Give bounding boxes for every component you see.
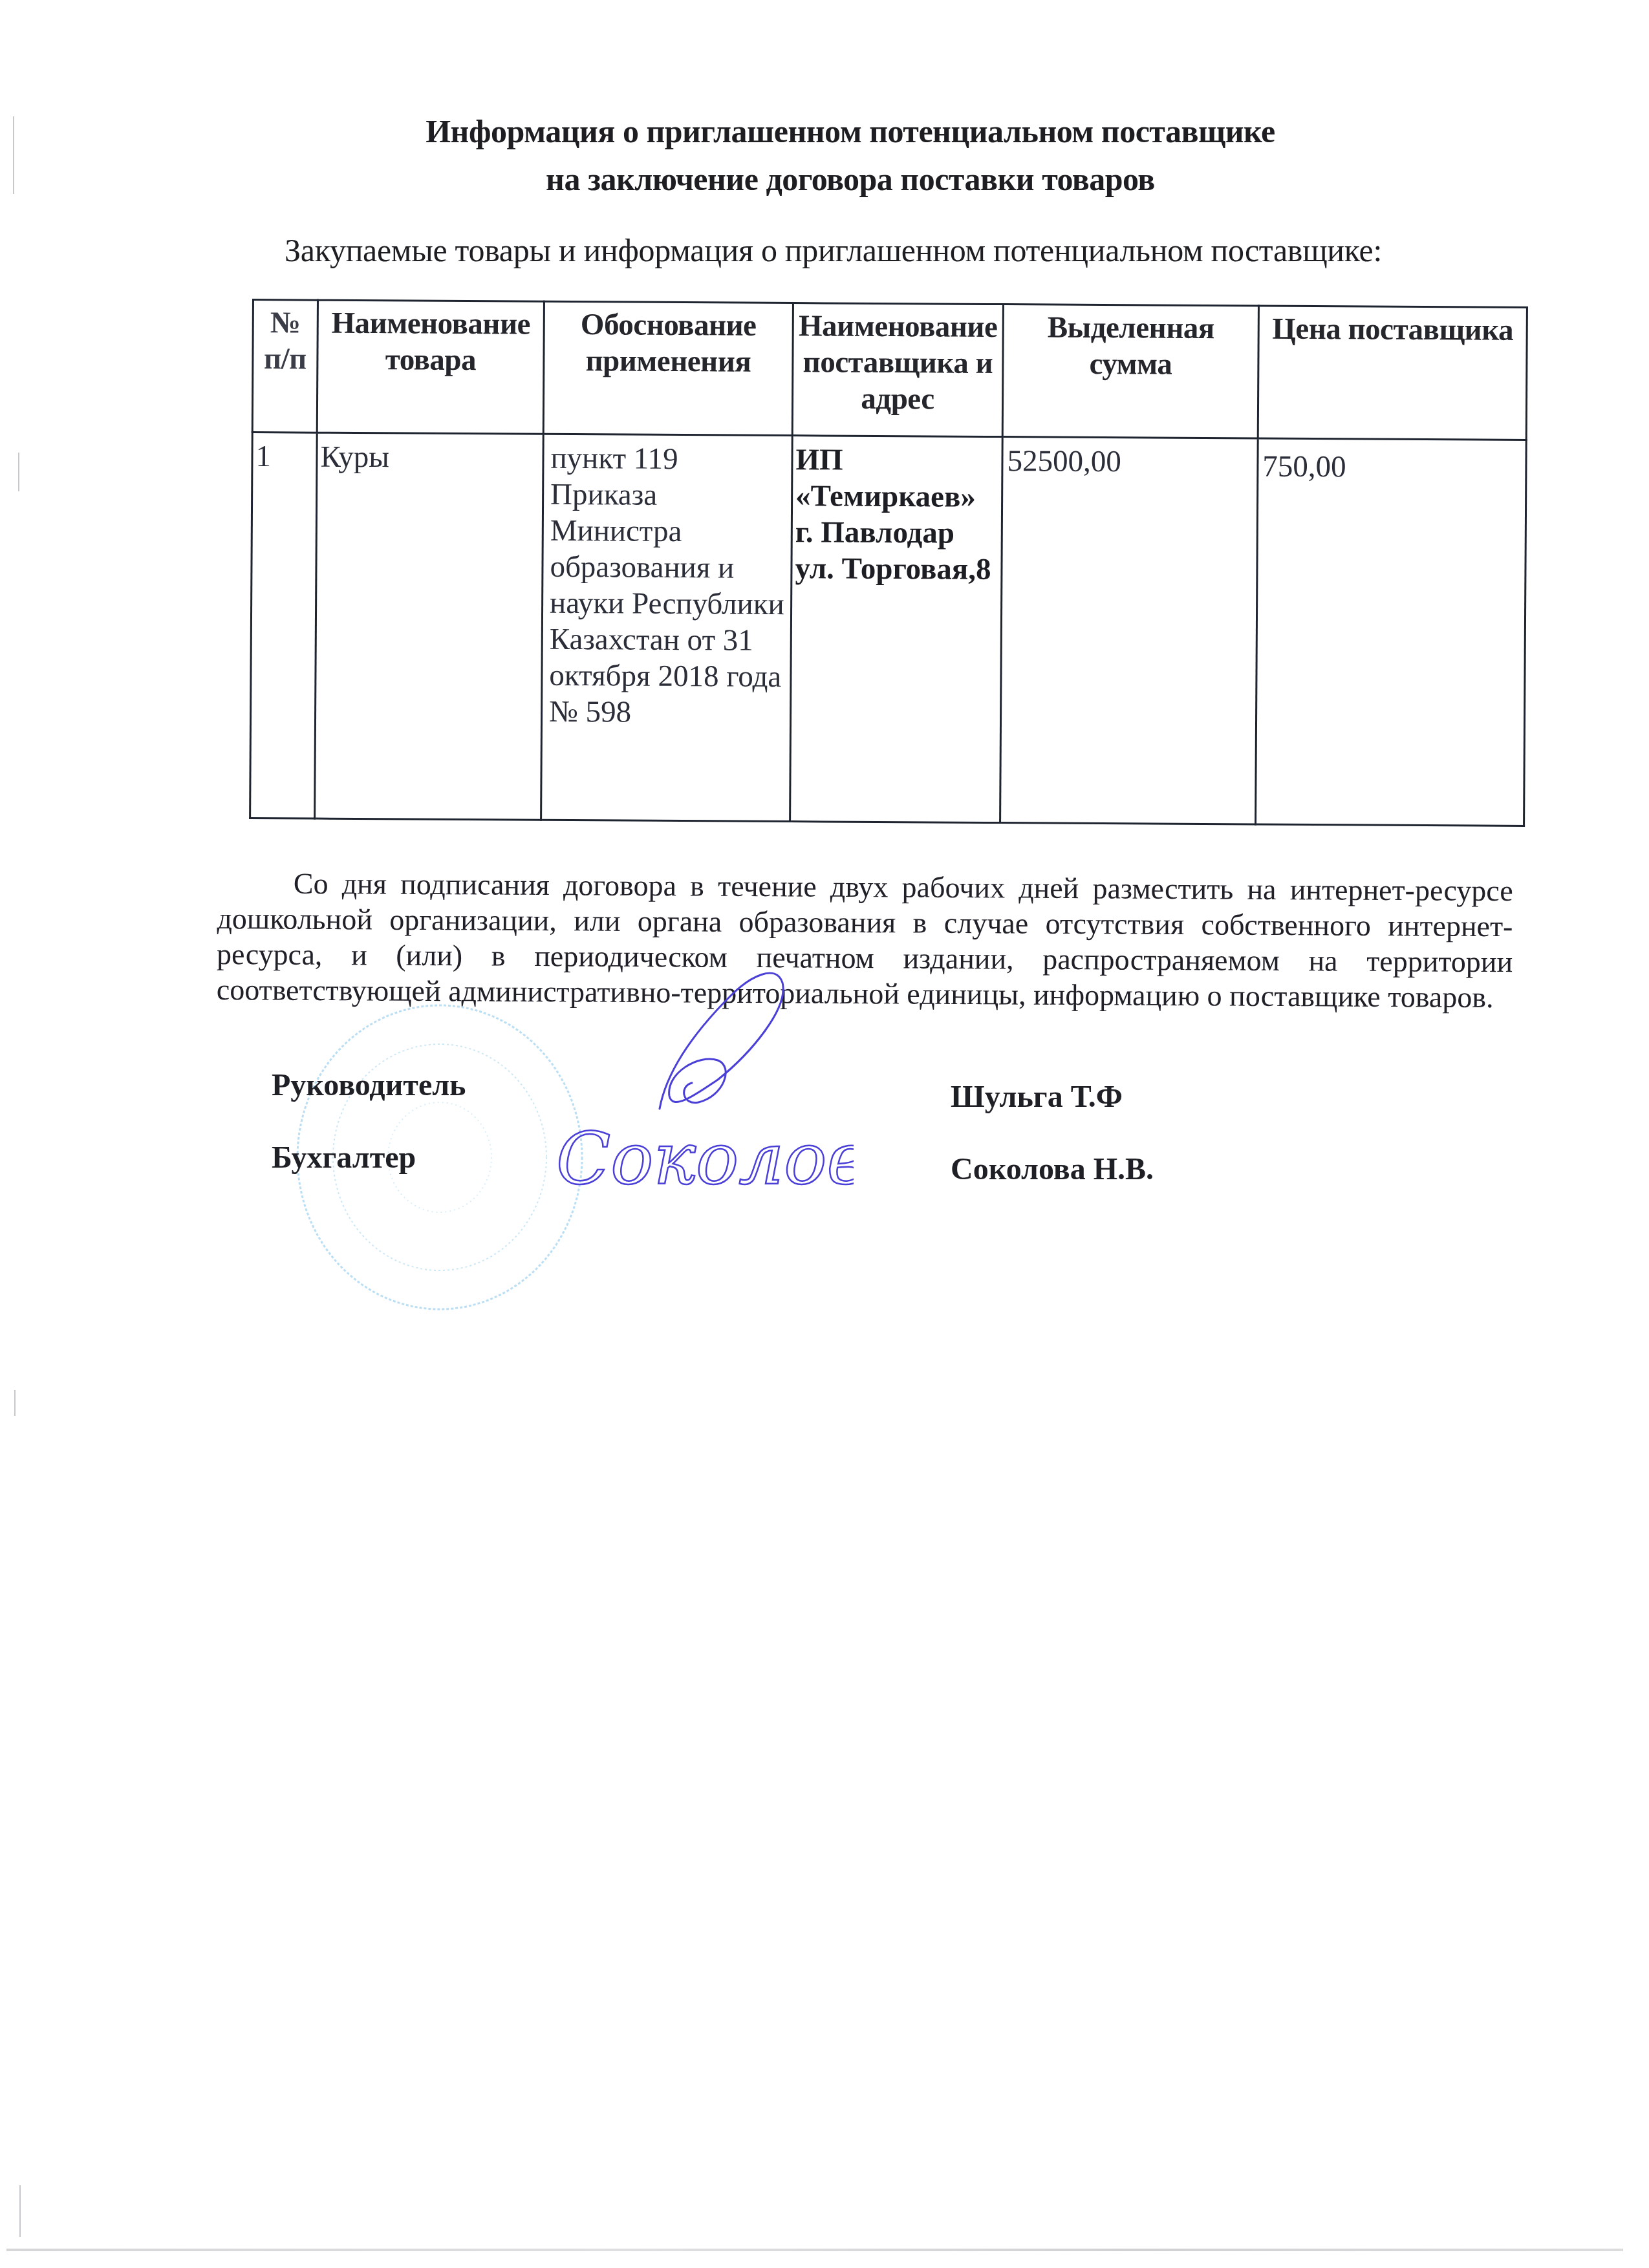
cell-justification: пункт 119 Приказа Министра образования и… [541,434,793,821]
supplier-table: № п/п Наименование товара Обоснование пр… [249,299,1528,827]
scan-edge-line [6,2249,1623,2251]
document-title-line-1: Информация о приглашенном потенциальном … [26,111,1649,151]
table-header-row: № п/п Наименование товара Обоснование пр… [252,300,1527,440]
header-justification: Обоснование применения [543,301,793,435]
document-page: Информация о приглашенном потенциальном … [0,0,1649,2268]
scan-artifact [18,453,19,491]
accountant-name: Соколова Н.В. [951,1151,1154,1188]
director-name: Шульга Т.Ф [951,1078,1123,1116]
cell-item-name: Куры [315,433,544,820]
supplier-type: ИП [795,442,998,479]
supplier-city: г. Павлодар [795,514,998,551]
cell-supplier-price: 750,00 [1256,438,1527,826]
table-row: 1 Куры пункт 119 Приказа Министра образо… [250,433,1527,826]
scan-artifact [14,1390,16,1416]
supplier-name: «Темиркаев» [795,478,998,515]
header-supplier-price: Цена поставщика [1258,306,1527,440]
cell-allocated-amount: 52500,00 [1000,437,1258,824]
header-number: № п/п [252,300,318,433]
cell-number: 1 [250,433,318,819]
director-role-label: Руководитель [272,1067,466,1104]
accountant-signature-icon: Соколова [543,1099,854,1228]
header-supplier: Наименование поставщика и адрес [792,303,1003,437]
header-item-name: Наименование товара [317,300,544,434]
document-subtitle: Закупаемые товары и информация о приглаш… [285,230,1382,270]
publication-instruction-paragraph: Со дня подписания договора в течение дву… [217,865,1513,1015]
document-title-line-2: на заключение договора поставки товаров [26,159,1649,199]
accountant-role-label: Бухгалтер [272,1139,416,1177]
svg-text:Соколова: Соколова [556,1117,854,1200]
cell-supplier: ИП «Темиркаев» г. Павлодар ул. Торговая,… [790,436,1003,823]
scan-artifact [13,116,14,194]
supplier-street: ул. Торговая,8 [795,550,998,588]
header-allocated-amount: Выделенная сумма [1002,305,1258,438]
scan-artifact [19,2185,21,2237]
